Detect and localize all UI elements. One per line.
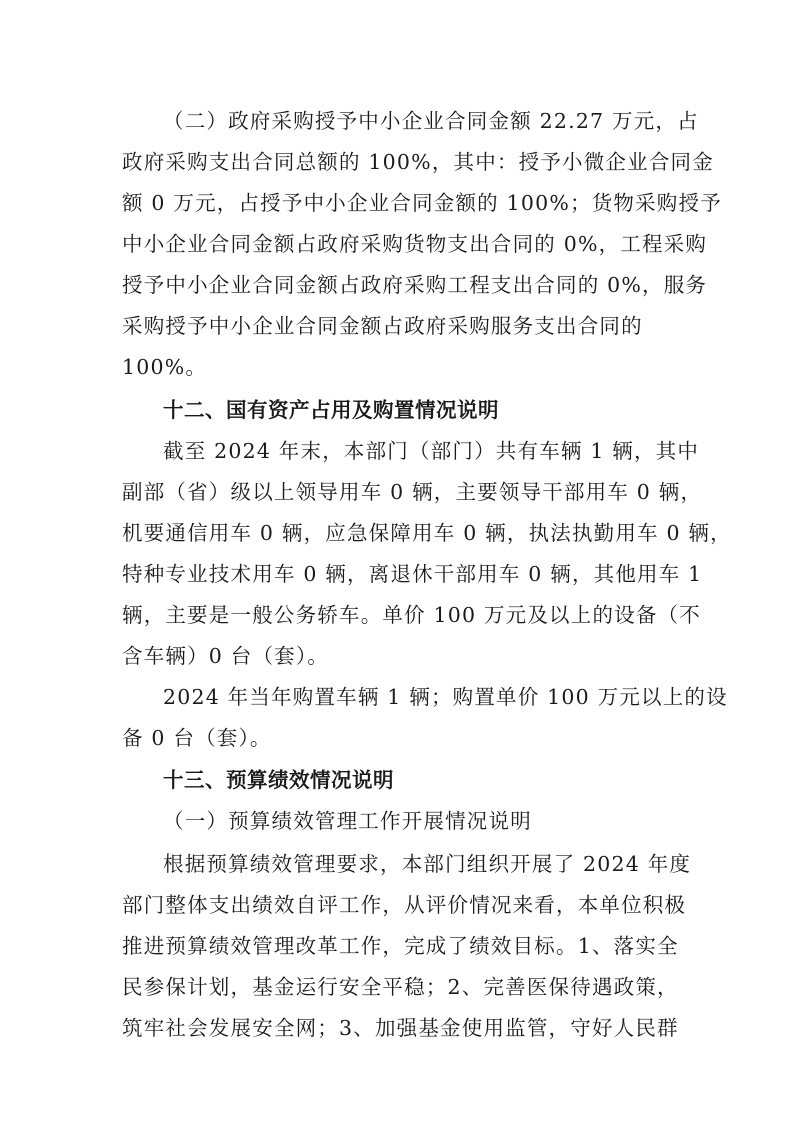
vehicles-line-1: 截至 2024 年末，本部门（部门）共有车辆 1 辆，其中: [163, 438, 674, 464]
procurement-sme-line-2: 政府采购支出合同总额的 100%，其中：授予小微企业合同金: [122, 149, 674, 175]
subsection-heading-13-1: （一）预算绩效管理工作开展情况说明: [163, 808, 674, 834]
vehicles-line-3: 机要通信用车 0 辆，应急保障用车 0 辆，执法执勤用车 0 辆，: [122, 520, 674, 546]
section-heading-12: 十二、国有资产占用及购置情况说明: [163, 397, 674, 423]
performance-line-2: 部门整体支出绩效自评工作，从评价情况来看，本单位积极: [122, 892, 674, 918]
performance-line-3: 推进预算绩效管理改革工作，完成了绩效目标。1、落实全: [122, 933, 674, 959]
vehicles-line-6: 含车辆）0 台（套）。: [122, 643, 674, 669]
vehicles-line-4: 特种专业技术用车 0 辆，离退休干部用车 0 辆，其他用车 1: [122, 561, 674, 587]
procurement-sme-line-5: 授予中小企业合同金额占政府采购工程支出合同的 0%，服务: [122, 272, 674, 298]
performance-line-1: 根据预算绩效管理要求，本部门组织开展了 2024 年度: [163, 851, 674, 877]
procurement-sme-line-7: 100%。: [122, 354, 674, 380]
performance-line-5: 筑牢社会发展安全网；3、加强基金使用监管，守好人民群: [122, 1015, 674, 1041]
purchase-line-1: 2024 年当年购置车辆 1 辆；购置单价 100 万元以上的设: [163, 684, 674, 710]
vehicles-line-5: 辆，主要是一般公务轿车。单价 100 万元及以上的设备（不: [122, 602, 674, 628]
procurement-sme-line-3: 额 0 万元，占授予中小企业合同金额的 100%；货物采购授予: [122, 190, 674, 216]
performance-line-4: 民参保计划，基金运行安全平稳；2、完善医保待遇政策，: [122, 974, 674, 1000]
procurement-sme-line-1: （二）政府采购授予中小企业合同金额 22.27 万元，占: [163, 108, 674, 134]
procurement-sme-line-6: 采购授予中小企业合同金额占政府采购服务支出合同的: [122, 313, 674, 339]
document-page: （二）政府采购授予中小企业合同金额 22.27 万元，占 政府采购支出合同总额的…: [0, 0, 793, 1122]
purchase-line-2: 备 0 台（套）。: [122, 725, 674, 751]
section-heading-13: 十三、预算绩效情况说明: [163, 767, 674, 793]
procurement-sme-line-4: 中小企业合同金额占政府采购货物支出合同的 0%，工程采购: [122, 231, 674, 257]
vehicles-line-2: 副部（省）级以上领导用车 0 辆，主要领导干部用车 0 辆，: [122, 479, 674, 505]
